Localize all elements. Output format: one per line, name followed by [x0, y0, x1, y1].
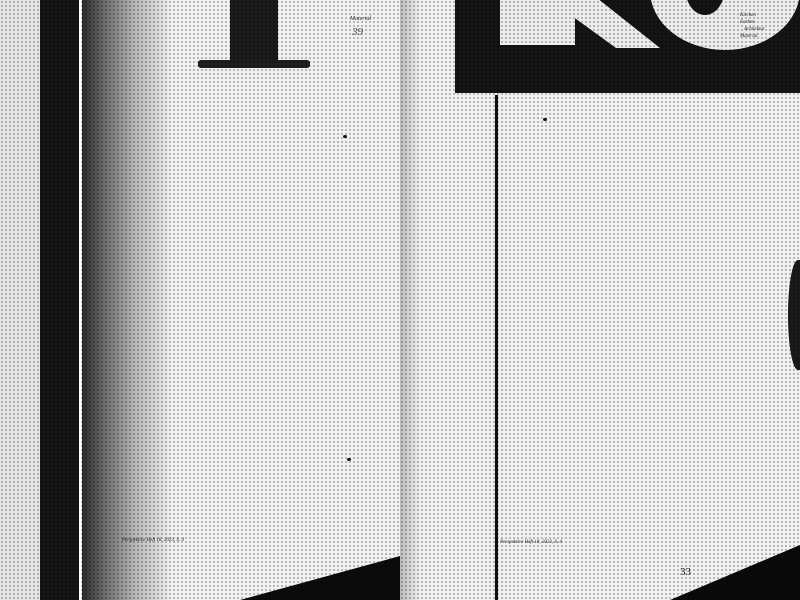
page-edge-strip [0, 0, 40, 600]
vertical-rule [495, 95, 498, 600]
caption-line: Achitektur [740, 26, 765, 33]
page-number-right: 33 [680, 566, 691, 578]
print-speck [343, 135, 347, 138]
print-speck [543, 118, 547, 121]
caption-line: Farben [740, 19, 765, 26]
large-letter-stem [230, 0, 278, 62]
footer-citation-left: Perspektive Heft 18, 2023, S. 4 [122, 538, 184, 543]
left-page: Material 39 Perspektive Heft 18, 2023, S… [0, 0, 400, 600]
gutter-shadow [82, 0, 172, 600]
footer-citation-right: Perspektive Heft 18, 2023, S. 4 [500, 540, 562, 545]
dark-vertical-band [40, 0, 80, 600]
page-number-left: 39 [352, 26, 363, 38]
right-page: Kirchen Farben Achitektur Material Persp… [400, 0, 800, 600]
edge-shape [788, 260, 800, 370]
caption-line: Material [740, 33, 765, 40]
section-label: Material [350, 16, 371, 22]
print-speck [347, 458, 351, 461]
gutter-shadow [400, 0, 420, 600]
bottom-shadow-wedge [240, 520, 400, 600]
caption-line: Kirchen [740, 12, 765, 19]
caption-text: Kirchen Farben Achitektur Material [740, 12, 765, 40]
large-letter-serif [198, 60, 310, 68]
